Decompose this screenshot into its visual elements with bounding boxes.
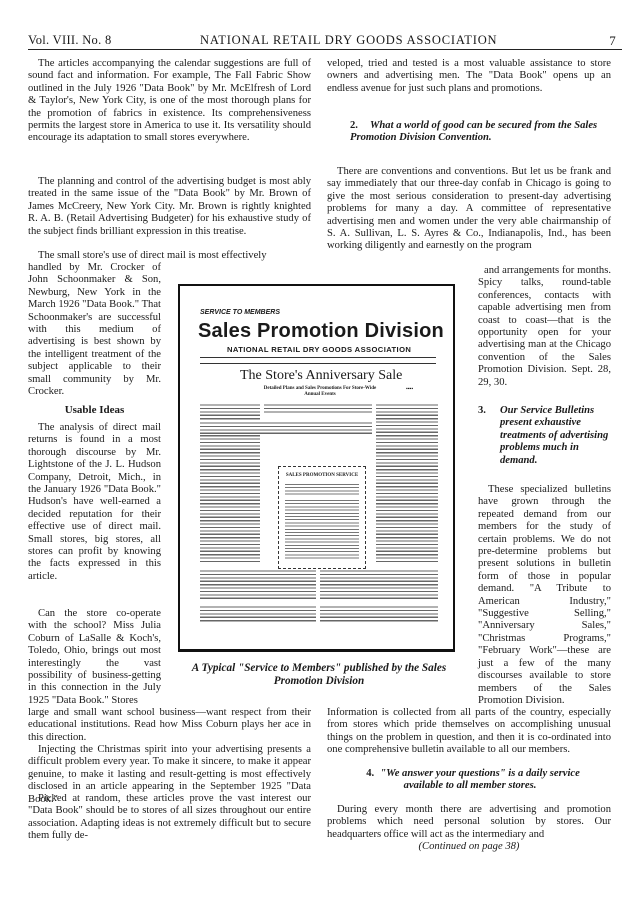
right-para-4: During every month there are advertising…: [327, 804, 611, 841]
left-para-1: The articles accompanying the calendar s…: [28, 58, 311, 145]
figure-inner-subtitle: Detailed Plans and Sales Promotions For …: [260, 386, 380, 398]
figure-tag: ▪▪▪▪: [406, 387, 413, 392]
figure-inset-box: SALES PROMOTION SERVICE: [278, 466, 366, 569]
figure-service-bulletin: SERVICE TO MEMBERS Sales Promotion Divis…: [178, 284, 455, 652]
right-para-2: There are conventions and conventions. B…: [327, 166, 611, 253]
left-para-3: handled by Mr. Crocker of John Schoonmak…: [28, 262, 161, 398]
figure-caption: A Typical "Service to Members" published…: [188, 662, 450, 688]
right-para-2-cont: and arrangements for months. Spicy talks…: [478, 265, 611, 389]
point-3-text: Our Service Bulletins present exhaustive…: [500, 405, 608, 466]
figure-text-block: [320, 605, 438, 623]
point-4-text: "We answer your questions" is a daily se…: [380, 768, 580, 791]
point-4-number: 4.: [360, 768, 380, 780]
running-header: Vol. VIII. No. 8 NATIONAL RETAIL DRY GOO…: [28, 31, 622, 50]
figure-subtitle: NATIONAL RETAIL DRY GOODS ASSOCIATION: [227, 345, 411, 354]
right-para-3-tail: Information is collected from all parts …: [327, 707, 611, 757]
point-2-text: What a world of good can be secured from…: [350, 120, 597, 143]
right-para-1: veloped, tried and tested is a most valu…: [327, 58, 611, 95]
point-2-number: 2.: [350, 120, 370, 132]
figure-inner-title: The Store's Anniversary Sale: [240, 368, 402, 384]
figure-text-block: [200, 421, 372, 435]
figure-text-block: [200, 569, 316, 601]
figure-text-block: [320, 569, 438, 601]
figure-inset-text: [285, 499, 359, 559]
figure-body-text: SALES PROMOTION SERVICE: [200, 403, 438, 623]
section-heading-usable-ideas: Usable Ideas: [28, 404, 161, 416]
figure-inset-title: SALES PROMOTION SERVICE: [279, 473, 365, 478]
left-para-3-lead: The small store's use of direct mail is …: [28, 250, 311, 262]
left-para-4: The analysis of direct mail returns is f…: [28, 422, 161, 583]
point-2: 2.What a world of good can be secured fr…: [350, 120, 610, 145]
point-3: 3.Our Service Bulletins present exhausti…: [478, 405, 611, 467]
publication-title: NATIONAL RETAIL DRY GOODS ASSOCIATION: [200, 33, 497, 48]
continued-note: (Continued on page 38): [327, 841, 611, 853]
left-para-5-tail: large and small want school business—wan…: [28, 707, 311, 744]
left-para-5: Can the store co-operate with the school…: [28, 608, 161, 707]
figure-rule: [200, 357, 436, 364]
figure-kicker: SERVICE TO MEMBERS: [200, 309, 280, 316]
figure-text-block: [376, 403, 438, 563]
point-4: 4."We answer your questions" is a daily …: [340, 768, 600, 793]
right-para-3: These specialized bulletins have grown t…: [478, 484, 611, 707]
left-para-7: Picked at random, these articles prove t…: [28, 793, 311, 843]
page-number: 7: [609, 33, 616, 49]
figure-text-block: [264, 403, 372, 413]
volume-number: Vol. VIII. No. 8: [28, 33, 112, 48]
figure-inset-text: [285, 483, 359, 495]
figure-title: Sales Promotion Division: [198, 320, 444, 343]
figure-text-block: [200, 605, 316, 623]
left-para-2: The planning and control of the advertis…: [28, 176, 311, 238]
point-3-number: 3.: [478, 405, 500, 417]
